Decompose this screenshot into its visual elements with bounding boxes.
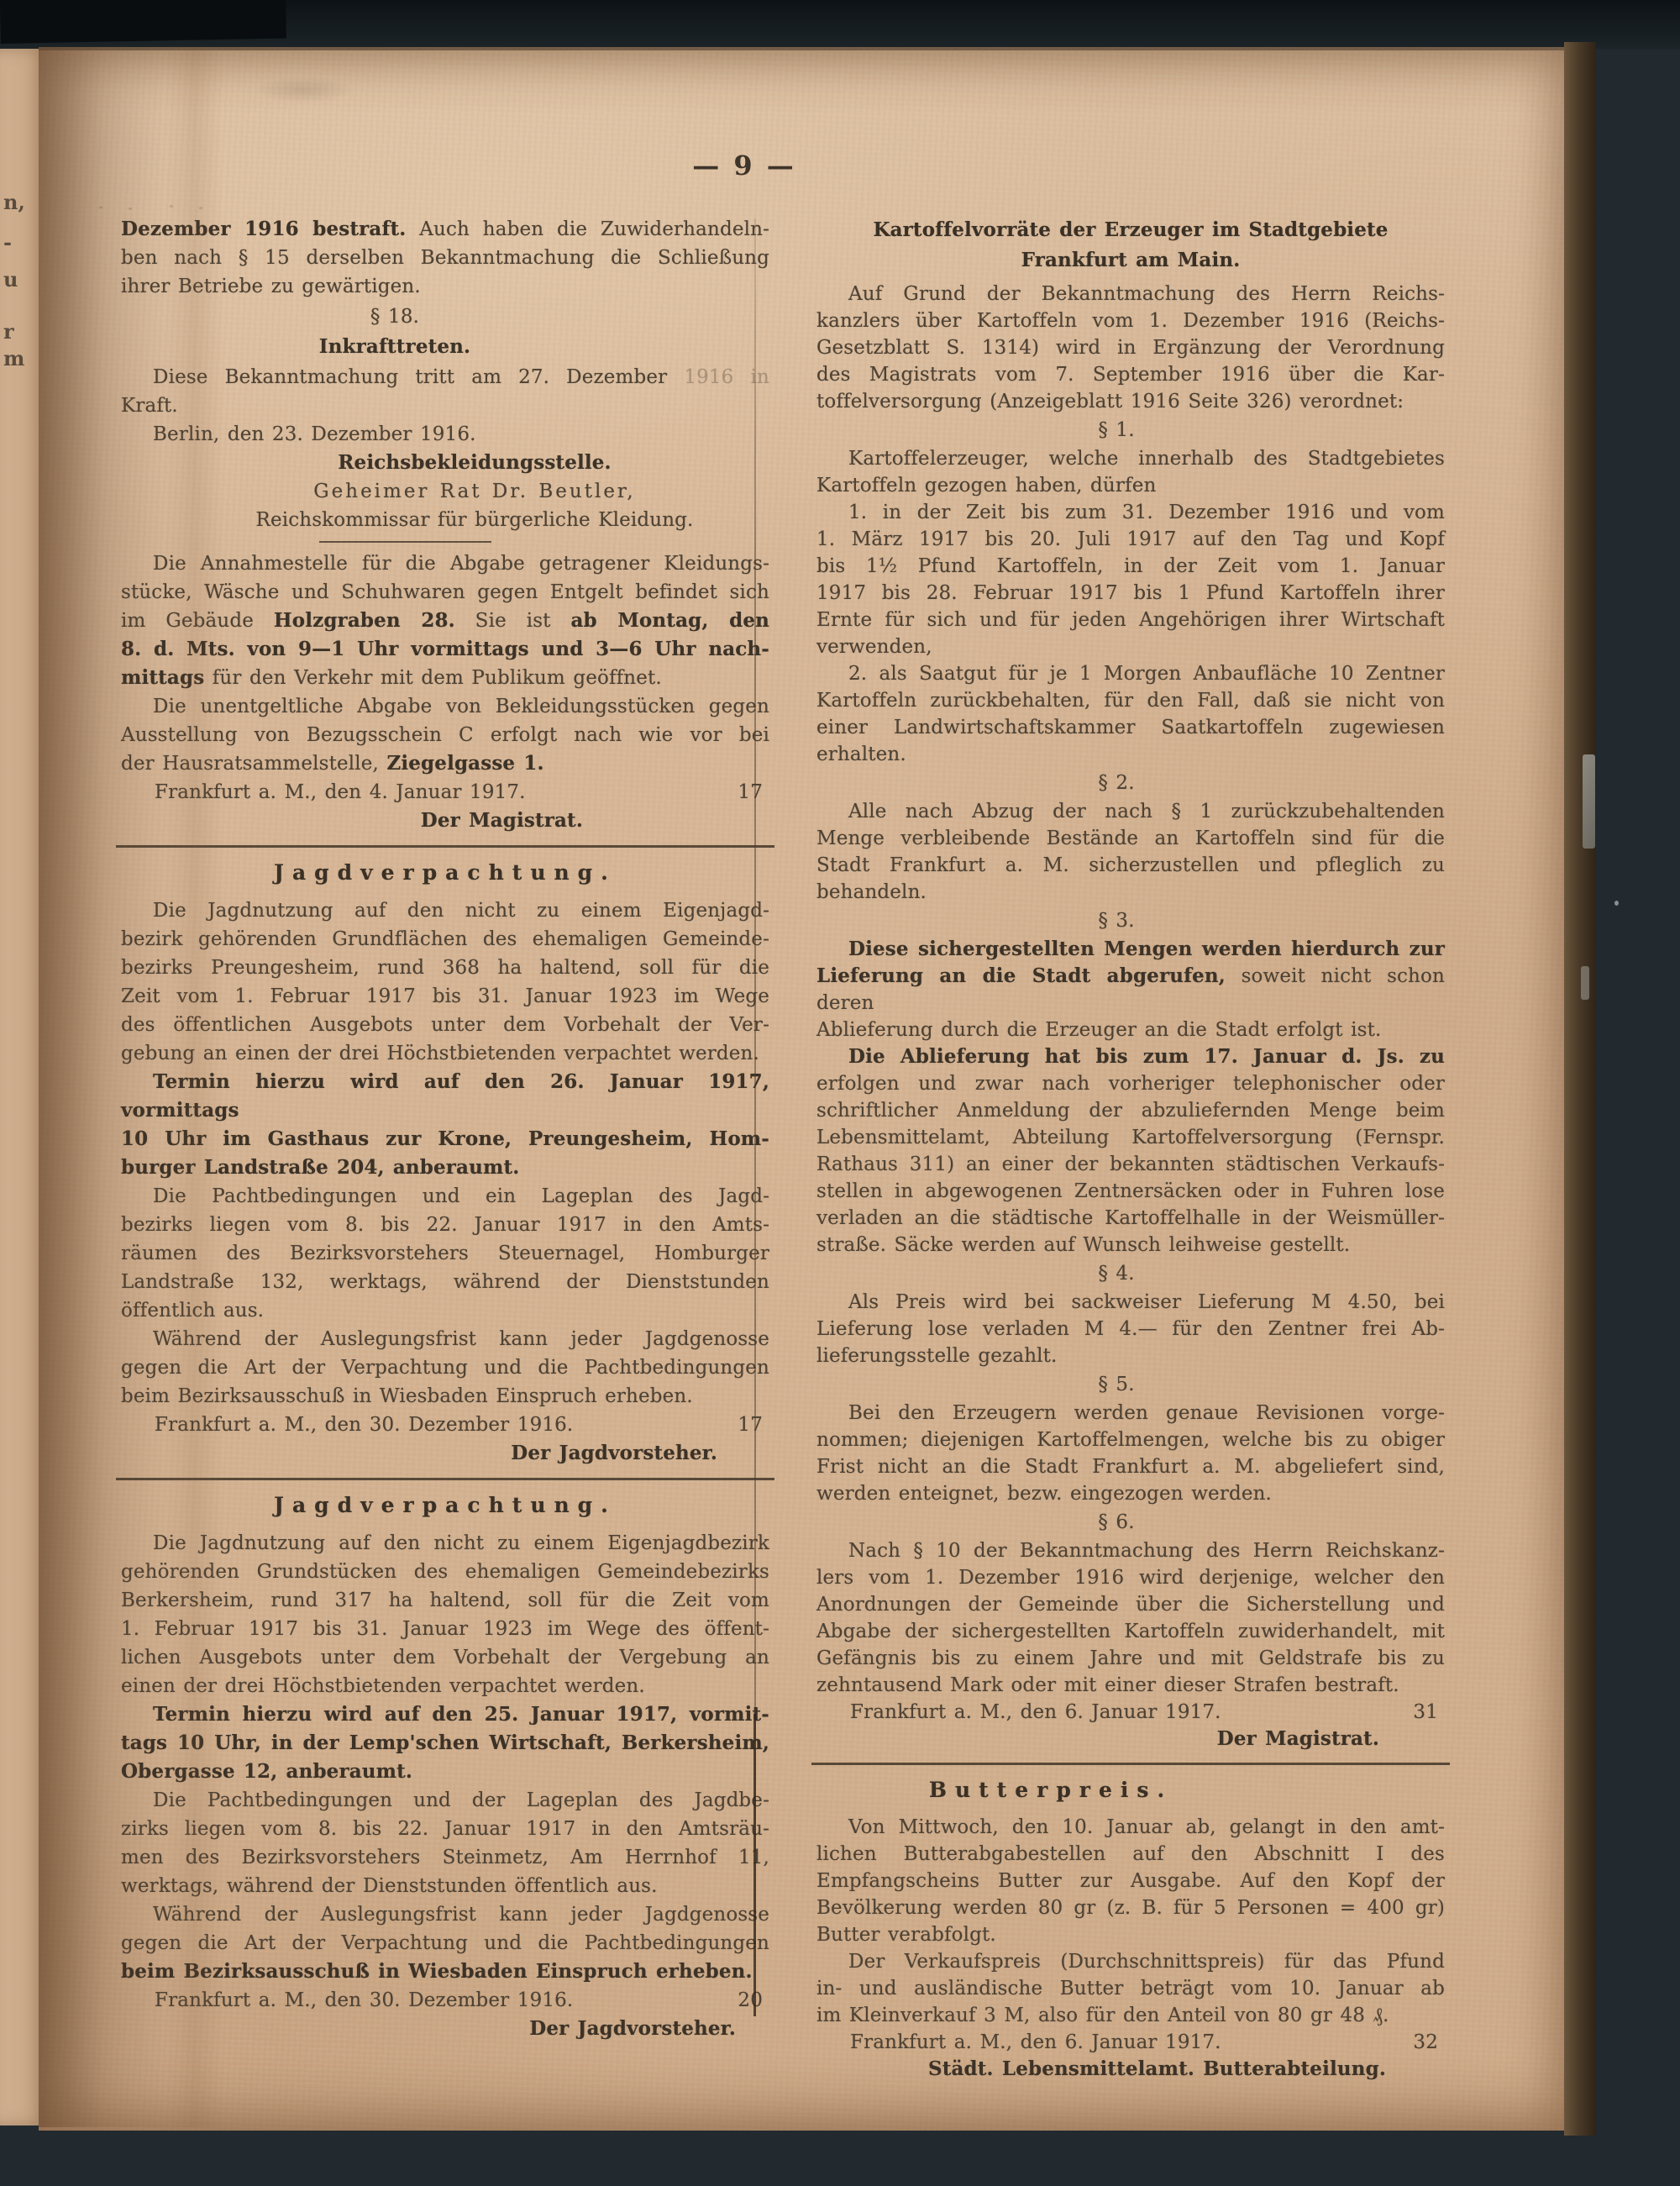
text-line: des Magistrats vom 7. September 1916 übe… — [816, 361, 1445, 388]
text-line: Von Mittwoch, den 10. Januar ab, gelangt… — [816, 1814, 1445, 1841]
text-line: Lebensmittelamt, Abteilung Kartoffelvers… — [816, 1124, 1445, 1151]
text-line: räumen des Bezirksvorstehers Steuernagel… — [121, 1239, 769, 1268]
signature: Der Magistrat. — [816, 1726, 1445, 1752]
paragraph: Termin hierzu wird auf den 25. Januar 19… — [121, 1700, 769, 1786]
text-line: mittags für den Verkehr mit dem Publikum… — [121, 664, 769, 692]
text-line: Termin hierzu wird auf den 26. Januar 19… — [121, 1068, 769, 1125]
text-line: Kartoffelerzeuger, welche innerhalb des … — [816, 445, 1445, 472]
text-segment: im Gebäude — [121, 610, 274, 632]
paragraph: Berlin, den 23. Dezember 1916. — [121, 420, 769, 449]
text-line: bezirks liegen vom 8. bis 22. Januar 191… — [121, 1211, 769, 1239]
text-line: Dezember 1916 bestraft. Auch haben die Z… — [121, 215, 769, 244]
text-segment: Lieferung an die Stadt abgerufen, — [816, 964, 1226, 987]
text-line: 8. d. Mts. von 9—1 Uhr vormittags und 3—… — [121, 635, 769, 664]
text-line: Die Jagdnutzung auf den nicht zu einem E… — [121, 896, 769, 925]
notice-number: 17 — [738, 778, 763, 807]
text-line: einer Landwirtschaftskammer Saatkartoffe… — [816, 714, 1445, 741]
text-line: Frist nicht an die Stadt Frankfurt a. M.… — [816, 1453, 1445, 1480]
section-mark: § 3. — [816, 907, 1445, 934]
paragraph: Von Mittwoch, den 10. Januar ab, gelangt… — [816, 1814, 1445, 1948]
paragraph: Die Pachtbedingungen und ein Lageplan de… — [121, 1182, 769, 1325]
text-line: gegen die Art der Verpachtung und die Pa… — [121, 1929, 769, 1957]
paragraph: Während der Auslegungsfrist kann jeder J… — [121, 1900, 769, 1986]
text-line: behandeln. — [816, 879, 1445, 906]
column-divider-rule-dark — [753, 1714, 756, 2016]
centered-line: Reichskommissar für bürgerliche Kleidung… — [121, 506, 769, 534]
text-line: stücke, Wäsche und Schuhwaren gegen Entg… — [121, 578, 769, 607]
paragraph: Die Jagdnutzung auf den nicht zu einem E… — [121, 1529, 769, 1700]
centered-line: Geheimer Rat Dr. Beutler, — [121, 477, 769, 506]
section-mark: § 2. — [816, 770, 1445, 796]
date-text: Frankfurt a. M., den 30. Dezember 1916. — [155, 1986, 573, 2015]
page-number: — 9 — — [39, 150, 1450, 181]
section-mark: § 4. — [816, 1260, 1445, 1287]
edge-speck — [1583, 754, 1595, 849]
text-line: Gefängnis bis zu einem Jahre und mit Gel… — [816, 1645, 1445, 1672]
page: — 9 — Dezember 1916 bestraft. Auch haben… — [39, 47, 1566, 2131]
text-line: 1917 bis 28. Februar 1917 bis 1 Pfund Ka… — [816, 580, 1445, 607]
text-line: schriftlicher Anmeldung der abzuliefernd… — [816, 1097, 1445, 1124]
text-line: Ernte für sich und für jeden Angehörigen… — [816, 607, 1445, 633]
paper-dots — [89, 202, 207, 213]
fore-edge-strip — [1564, 42, 1596, 2136]
edge-text-fragment: u — [3, 267, 18, 292]
paper-smudge — [249, 76, 358, 104]
text-line: Lieferung an die Stadt abgerufen, soweit… — [816, 963, 1445, 1017]
text-line: stellen in abgewogenen Zentnersäcken ode… — [816, 1178, 1445, 1205]
text-line: verwenden, — [816, 633, 1445, 660]
text-line: toffelversorgung (Anzeigeblatt 1916 Seit… — [816, 388, 1445, 415]
article-heading: Jagdverpachtung. — [121, 1489, 769, 1522]
text-line: Die Pachtbedingungen und der Lageplan de… — [121, 1786, 769, 1815]
dateline: Frankfurt a. M., den 6. Januar 1917.31 — [816, 1699, 1445, 1726]
text-line: lers vom 1. Dezember 1916 wird derjenige… — [816, 1564, 1445, 1591]
text-line: bezirks Preungesheim, rund 368 ha halten… — [121, 954, 769, 982]
text-line: im Kleinverkauf 3 M, also für den Anteil… — [816, 2002, 1445, 2029]
left-column: Dezember 1916 bestraft. Auch haben die Z… — [121, 215, 769, 2043]
paragraph: Die Jagdnutzung auf den nicht zu einem E… — [121, 896, 769, 1068]
paragraph: Kartoffelerzeuger, welche innerhalb des … — [816, 445, 1445, 768]
paragraph: Termin hierzu wird auf den 26. Januar 19… — [121, 1068, 769, 1182]
edge-text-fragment: n, — [3, 190, 25, 214]
paragraph: Als Preis wird bei sackweiser Lieferung … — [816, 1289, 1445, 1369]
section-mark: § 5. — [816, 1371, 1445, 1398]
notice-number: 17 — [738, 1411, 763, 1439]
text-line: Gesetzblatt S. 1314) wird in Ergänzung d… — [816, 334, 1445, 361]
dateline: Frankfurt a. M., den 4. Januar 1917.17 — [121, 778, 769, 807]
edge-text-fragment: - — [3, 230, 12, 255]
paragraph: Dezember 1916 bestraft. Auch haben die Z… — [121, 215, 769, 301]
text-line: Während der Auslegungsfrist kann jeder J… — [121, 1900, 769, 1929]
text-line: 10 Uhr im Gasthaus zur Krone, Preungeshe… — [121, 1125, 769, 1153]
text-line: Bei den Erzeugern werden genaue Revision… — [816, 1400, 1445, 1427]
text-line: Berlin, den 23. Dezember 1916. — [121, 420, 769, 449]
text-line: werden enteignet, bezw. eingezogen werde… — [816, 1480, 1445, 1507]
text-line: tags 10 Uhr, in der Lemp'schen Wirtschaf… — [121, 1729, 769, 1758]
text-line: Diese Bekanntmachung tritt am 27. Dezemb… — [121, 363, 769, 391]
text-segment: 8. d. Mts. von 9—1 Uhr vormittags und 3—… — [121, 638, 769, 660]
dateline: Frankfurt a. M., den 30. Dezember 1916.2… — [121, 1986, 769, 2015]
text-line: einen der drei Höchstbietenden verpachte… — [121, 1672, 769, 1700]
section-mark: § 18. — [121, 302, 769, 331]
article-heading: Jagdverpachtung. — [121, 856, 769, 890]
text-line: Termin hierzu wird auf den 25. Januar 19… — [121, 1700, 769, 1729]
text-segment: ab Montag, den — [570, 609, 769, 632]
text-line: Die Annahmestelle für die Abgabe getrage… — [121, 549, 769, 578]
paragraph: Auf Grund der Bekanntmachung des Herrn R… — [816, 281, 1445, 415]
paragraph: Während der Auslegungsfrist kann jeder J… — [121, 1325, 769, 1411]
paragraph: Diese Bekanntmachung tritt am 27. Dezemb… — [121, 363, 769, 420]
text-line: Obergasse 12, anberaumt. — [121, 1758, 769, 1786]
text-line: Kartoffeln zurückbehalten, für den Fall,… — [816, 687, 1445, 714]
text-line: Bevölkerung werden 80 gr (z. B. für 5 Pe… — [816, 1894, 1445, 1921]
edge-text-fragment: r — [3, 319, 14, 344]
paragraph: Die Annahmestelle für die Abgabe getrage… — [121, 549, 769, 692]
text-line: Alle nach Abzug der nach § 1 zurückzubeh… — [816, 798, 1445, 825]
divider-rule — [116, 845, 774, 848]
text-segment: mittags — [121, 666, 204, 689]
text-line: zehntausend Mark oder mit einer dieser S… — [816, 1672, 1445, 1699]
text-line: Ausstellung von Bezugsschein C erfolgt n… — [121, 721, 769, 749]
edge-speck — [1614, 901, 1619, 906]
text-line: Als Preis wird bei sackweiser Lieferung … — [816, 1289, 1445, 1316]
text-line: erfolgen und zwar nach vorheriger teleph… — [816, 1070, 1445, 1097]
text-segment: für den Verkehr mit dem Publikum geöffne… — [204, 667, 662, 689]
text-line: 1. März 1917 bis 20. Juli 1917 auf den T… — [816, 526, 1445, 553]
text-line: öffentlich aus. — [121, 1296, 769, 1325]
text-line: bis 1½ Pfund Kartoffeln, in der Zeit vom… — [816, 553, 1445, 580]
text-line: Menge verbleibende Bestände an Kartoffel… — [816, 825, 1445, 852]
text-line: nommen; diejenigen Kartoffelmengen, welc… — [816, 1427, 1445, 1453]
text-line: lichen Ausgebots unter dem Vorbehalt der… — [121, 1643, 769, 1672]
text-line: gegen die Art der Verpachtung und die Pa… — [121, 1353, 769, 1382]
section-mark: § 1. — [816, 417, 1445, 444]
text-segment: Sie ist — [455, 610, 571, 632]
edge-text-fragment: m — [3, 346, 24, 370]
paragraph: Diese sichergestellten Mengen werden hie… — [816, 936, 1445, 1043]
paragraph: Bei den Erzeugern werden genaue Revision… — [816, 1400, 1445, 1507]
article-heading: Kartoffelvorräte der Erzeuger im Stadtge… — [816, 215, 1445, 276]
text-line: Die Ablieferung hat bis zum 17. Januar d… — [816, 1043, 1445, 1070]
signature: Der Jagdvorsteher. — [121, 2015, 769, 2043]
text-line: 2. als Saatgut für je 1 Morgen Anbaufläc… — [816, 660, 1445, 687]
text-line: Nach § 10 der Bekanntmachung des Herrn R… — [816, 1537, 1445, 1564]
dateline: Frankfurt a. M., den 6. Januar 1917.32 — [816, 2029, 1445, 2056]
text-line: beim Bezirksausschuß in Wiesbaden Einspr… — [121, 1957, 769, 1986]
text-line: Diese sichergestellten Mengen werden hie… — [816, 936, 1445, 963]
text-line: verladen an die städtische Kartoffelhall… — [816, 1205, 1445, 1232]
text-line: werktags, während der Dienststunden öffe… — [121, 1872, 769, 1900]
heading-line: Kartoffelvorräte der Erzeuger im Stadtge… — [816, 215, 1445, 245]
text-line: Butter verabfolgt. — [816, 1921, 1445, 1948]
divider-rule — [116, 1478, 774, 1480]
notice-number: 20 — [738, 1986, 763, 2015]
text-line: Anordnungen der Gemeinde über die Sicher… — [816, 1591, 1445, 1618]
text-line: Die Jagdnutzung auf den nicht zu einem E… — [121, 1529, 769, 1558]
text-segment: Auch haben die Zuwiderhandeln- — [406, 218, 769, 240]
centered-line: Reichsbekleidungsstelle. — [121, 449, 769, 477]
text-line: 1. in der Zeit bis zum 31. Dezember 1916… — [816, 499, 1445, 526]
dateline: Frankfurt a. M., den 30. Dezember 1916.1… — [121, 1411, 769, 1439]
article-heading: Butterpreis. — [816, 1773, 1445, 1807]
paragraph: Der Verkaufspreis (Durchschnittspreis) f… — [816, 1948, 1445, 2029]
text-line: gehörenden Grundstücken des ehemaligen G… — [121, 1558, 769, 1586]
date-text: Frankfurt a. M., den 30. Dezember 1916. — [155, 1411, 573, 1439]
signature: Städt. Lebensmittelamt. Butterabteilung. — [816, 2056, 1445, 2083]
text-segment: Dezember 1916 bestraft. — [121, 218, 406, 240]
text-line: Kraft. — [121, 391, 769, 420]
paragraph: Nach § 10 der Bekanntmachung des Herrn R… — [816, 1537, 1445, 1699]
text-line: lieferungsstelle gezahlt. — [816, 1343, 1445, 1369]
text-line: im Gebäude Holzgraben 28. Sie ist ab Mon… — [121, 607, 769, 635]
text-segment: Ziegelgasse 1. — [386, 752, 543, 775]
text-line: Zeit vom 1. Februar 1917 bis 31. Januar … — [121, 982, 769, 1011]
paragraph: Die unentgeltliche Abgabe von Bekleidung… — [121, 692, 769, 778]
text-line: Auf Grund der Bekanntmachung des Herrn R… — [816, 281, 1445, 307]
sub-heading: Inkrafttreten. — [121, 333, 769, 361]
text-segment: 1916 in — [684, 366, 769, 388]
text-line: Rathaus 311) an einer der bekannten städ… — [816, 1151, 1445, 1178]
date-text: Frankfurt a. M., den 6. Januar 1917. — [850, 2029, 1221, 2056]
text-line: straße. Säcke werden auf Wunsch leihweis… — [816, 1232, 1445, 1259]
text-line: kanzlers über Kartoffeln vom 1. Dezember… — [816, 307, 1445, 334]
text-line: zirks liegen vom 8. bis 22. Januar 1917 … — [121, 1815, 769, 1843]
text-line: men des Bezirksvorstehers Steinmetz, Am … — [121, 1843, 769, 1872]
notice-number: 32 — [1413, 2029, 1438, 2056]
date-text: Frankfurt a. M., den 4. Januar 1917. — [155, 778, 526, 807]
heading-line: Frankfurt am Main. — [816, 245, 1445, 276]
text-line: gebung an einen der drei Höchstbietenden… — [121, 1039, 769, 1068]
text-line: burger Landstraße 204, anberaumt. — [121, 1153, 769, 1182]
text-line: Abgabe der sichergestellten Kartoffeln z… — [816, 1618, 1445, 1645]
text-line: Kartoffeln gezogen haben, dürfen — [816, 472, 1445, 499]
text-segment: der Hausratsammelstelle, — [121, 753, 386, 775]
date-text: Frankfurt a. M., den 6. Januar 1917. — [850, 1699, 1221, 1726]
text-line: bezirk gehörenden Grundflächen des ehema… — [121, 925, 769, 954]
text-line: Während der Auslegungsfrist kann jeder J… — [121, 1325, 769, 1353]
text-line: Ablieferung durch die Erzeuger an die St… — [816, 1017, 1445, 1043]
text-line: 1. Februar 1917 bis 31. Januar 1923 im W… — [121, 1615, 769, 1643]
text-line: Die Pachtbedingungen und ein Lageplan de… — [121, 1182, 769, 1211]
paragraph: Alle nach Abzug der nach § 1 zurückzubeh… — [816, 798, 1445, 906]
text-segment: Holzgraben 28. — [274, 609, 455, 632]
text-line: erhalten. — [816, 741, 1445, 768]
text-line: lichen Butterabgabestellen auf den Absch… — [816, 1841, 1445, 1868]
signature: Der Magistrat. — [121, 807, 769, 835]
right-column: Kartoffelvorräte der Erzeuger im Stadtge… — [816, 215, 1445, 2083]
section-mark: § 6. — [816, 1509, 1445, 1536]
text-line: Lieferung lose verladen M 4.— für den Ze… — [816, 1316, 1445, 1343]
text-line: Berkersheim, rund 317 ha haltend, soll f… — [121, 1586, 769, 1615]
text-line: Empfangscheins Butter zur Ausgabe. Auf d… — [816, 1868, 1445, 1894]
paragraph: Die Ablieferung hat bis zum 17. Januar d… — [816, 1043, 1445, 1259]
text-line: ihrer Betriebe zu gewärtigen. — [121, 272, 769, 301]
signature: Der Jagdvorsteher. — [121, 1439, 769, 1468]
text-line: beim Bezirksausschuß in Wiesbaden Einspr… — [121, 1382, 769, 1411]
text-line: des öffentlichen Ausgebots unter dem Vor… — [121, 1011, 769, 1039]
text-line: ben nach § 15 derselben Bekanntmachung d… — [121, 244, 769, 272]
text-line: in- und ausländische Butter beträgt vom … — [816, 1975, 1445, 2002]
text-line: Landstraße 132, werktags, während der Di… — [121, 1268, 769, 1296]
notice-number: 31 — [1413, 1699, 1438, 1726]
edge-speck — [1581, 966, 1589, 1000]
paragraph: Die Pachtbedingungen und der Lageplan de… — [121, 1786, 769, 1900]
text-line: Stadt Frankfurt a. M. sicherzustellen un… — [816, 852, 1445, 879]
text-line: der Hausratsammelstelle, Ziegelgasse 1. — [121, 749, 769, 778]
cover-dark-corner — [0, 0, 286, 44]
short-divider-rule — [319, 541, 491, 543]
text-line: Der Verkaufspreis (Durchschnittspreis) f… — [816, 1948, 1445, 1975]
scan-background: { "document": { "page_number": "9", "pag… — [0, 0, 1680, 2186]
divider-rule — [811, 1763, 1450, 1765]
text-segment: Diese Bekanntmachung tritt am 27. Dezemb… — [153, 366, 684, 388]
text-line: Die unentgeltliche Abgabe von Bekleidung… — [121, 692, 769, 721]
